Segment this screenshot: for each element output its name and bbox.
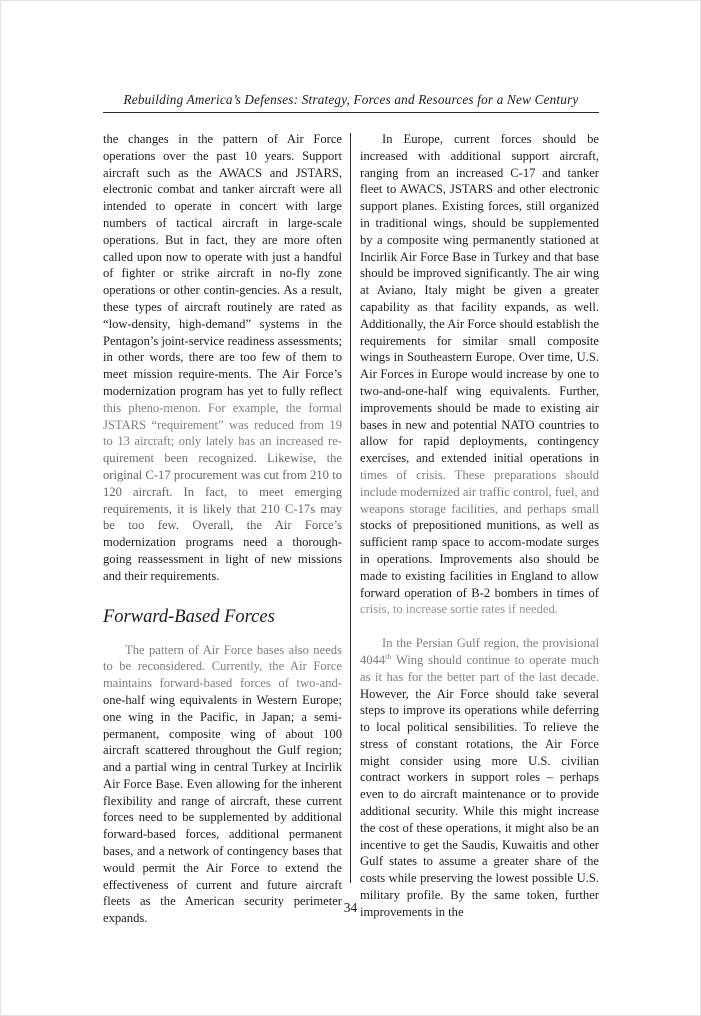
column-divider [350,133,351,883]
running-header: Rebuilding America’s Defenses: Strategy,… [103,92,599,108]
paragraph: In Europe, current forces should be incr… [360,131,599,618]
paragraph-text: the changes in the pattern of Air Force … [103,132,342,583]
page-number: 34 [0,900,701,916]
paragraph-text: Wing should continue to operate much as … [360,653,599,919]
paragraph: The pattern of Air Force bases also need… [103,642,342,928]
paragraph-text: The pattern of Air Force bases also need… [103,643,342,926]
document-page: Rebuilding America’s Defenses: Strategy,… [0,0,701,1016]
paragraph-text: In Europe, current forces should be incr… [360,132,599,616]
right-column: In Europe, current forces should be incr… [360,131,599,921]
header-rule [103,112,599,113]
section-heading: Forward-Based Forces [103,606,342,628]
paragraph: the changes in the pattern of Air Force … [103,131,342,585]
paragraph: In the Persian Gulf region, the provisio… [360,635,599,921]
left-column: the changes in the pattern of Air Force … [103,131,342,927]
